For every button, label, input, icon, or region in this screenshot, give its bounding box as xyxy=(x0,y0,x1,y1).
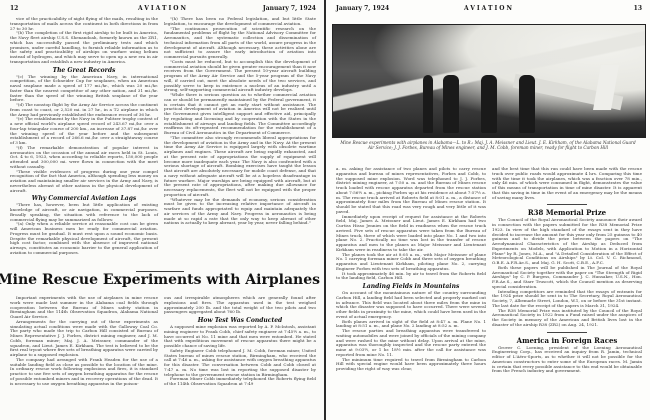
section-heading: R38 Memorial Prize xyxy=(492,209,642,217)
issue-date: January 7, 1924 xyxy=(263,5,316,12)
magazine-title: AVIATION xyxy=(336,5,642,12)
section-heading: The Great Records xyxy=(10,67,158,74)
article-column-2: ous and irrespirable atmospheres which a… xyxy=(164,296,316,420)
paragraph: On account of the mountainous nature of … xyxy=(336,291,486,320)
paragraph: "These visible evidences of progress dur… xyxy=(10,170,158,194)
page-number: 13 xyxy=(634,5,642,12)
person-figure xyxy=(423,75,433,133)
paragraph: "There has, however, been but little app… xyxy=(10,203,158,222)
paragraph: vice of the practicability of night flyi… xyxy=(10,17,158,31)
section-heading: Why Commercial Aviation Lags xyxy=(10,195,158,202)
paragraph: "The committee also strongly recommends … xyxy=(164,136,316,198)
paragraph: "Costs must be reduced, but to accomplis… xyxy=(164,60,316,93)
paragraph: Both these papers will be published in T… xyxy=(492,266,642,290)
paragraph: The company had arranged with Frank Head… xyxy=(10,358,158,387)
right-column-2: and the best time that this run could ha… xyxy=(492,167,642,420)
paragraph: Safety Engineer Cobb telephoned J. M. Co… xyxy=(164,349,316,378)
paragraph: "(c) The winning by the American Navy, i… xyxy=(10,75,158,104)
person-figure xyxy=(481,75,497,133)
paragraph: Important experiments with the use of ai… xyxy=(10,296,158,320)
paragraph: "The continuous prosecution of scientifi… xyxy=(164,27,316,60)
paragraph: "Whatever may be the demands of economy,… xyxy=(164,198,316,227)
paragraph: "(a) Only when a reliable service at rea… xyxy=(10,222,158,255)
paragraph: The Council of the Royal Aeronautical So… xyxy=(492,218,642,266)
left-running-head: 12 AVIATION January 7, 1924 xyxy=(10,5,316,15)
paragraph: The rescue parties and breathing apparat… xyxy=(336,329,486,358)
article-column-1: Important experiments with the use of ai… xyxy=(10,296,158,420)
person-figure xyxy=(443,75,459,133)
paragraph: "(d) The nonstop flight by the Army Air … xyxy=(10,103,158,117)
paragraph: Grover C. Loening, president of the Loen… xyxy=(492,346,642,375)
paragraph: The planes took the air at 8:05 a. m., w… xyxy=(336,253,486,272)
paragraph: a. m. asking for assistance of two plane… xyxy=(336,167,486,215)
divider-rule xyxy=(547,204,587,205)
paragraph: and the best time that this run could ha… xyxy=(492,167,642,200)
paragraph: Arrangements for the carrying out of the… xyxy=(10,320,158,358)
paragraph: Immediately upon receipt of request for … xyxy=(336,215,486,253)
photograph-airplane-and-crew xyxy=(332,24,646,138)
paragraph: "While there is serious question as to w… xyxy=(164,93,316,136)
divider-rule xyxy=(547,332,587,333)
left-page: 12 AVIATION January 7, 1924 vice of the … xyxy=(0,0,324,420)
right-running-head: January 7, 1924 AVIATION 13 xyxy=(336,5,642,15)
left-column-2: "(h) There has been no Federal legislati… xyxy=(164,17,316,267)
section-heading: Landing Fields in Mountains xyxy=(336,283,486,290)
paragraph: The R38 Memorial Prize was instituted by… xyxy=(492,309,642,328)
section-heading: How Test Was Conducted xyxy=(164,317,316,324)
paragraph: The minimum time required to travel from… xyxy=(336,358,486,372)
right-column-1: a. m. asking for assistance of two plane… xyxy=(336,167,486,420)
section-heading: America in Foreign Races xyxy=(492,337,642,345)
paragraph: "(e) The establishment by the Navy in th… xyxy=(10,117,158,146)
article-title: Mine Rescue Experiments with Airplanes xyxy=(0,272,320,288)
person-figure xyxy=(519,75,535,133)
left-column-1: vice of the practicability of night flyi… xyxy=(10,17,158,267)
paragraph: ous and irrespirable atmospheres which a… xyxy=(164,296,316,315)
paragraph: Intending competitors are reminded that … xyxy=(492,290,642,309)
paragraph: "(f) The remarkable demonstration of pop… xyxy=(10,146,158,170)
photo-caption: Mine Rescue experiments with airplanes i… xyxy=(338,140,638,150)
paragraph: "(b) The completion of the first rigid a… xyxy=(10,31,158,64)
paragraph: It took approximately 46 min. by air to … xyxy=(336,272,486,282)
paragraph: A supposed mine explosion was reported b… xyxy=(164,325,316,349)
paragraph: Foreman Miner Cobb immediately telephone… xyxy=(164,377,316,387)
